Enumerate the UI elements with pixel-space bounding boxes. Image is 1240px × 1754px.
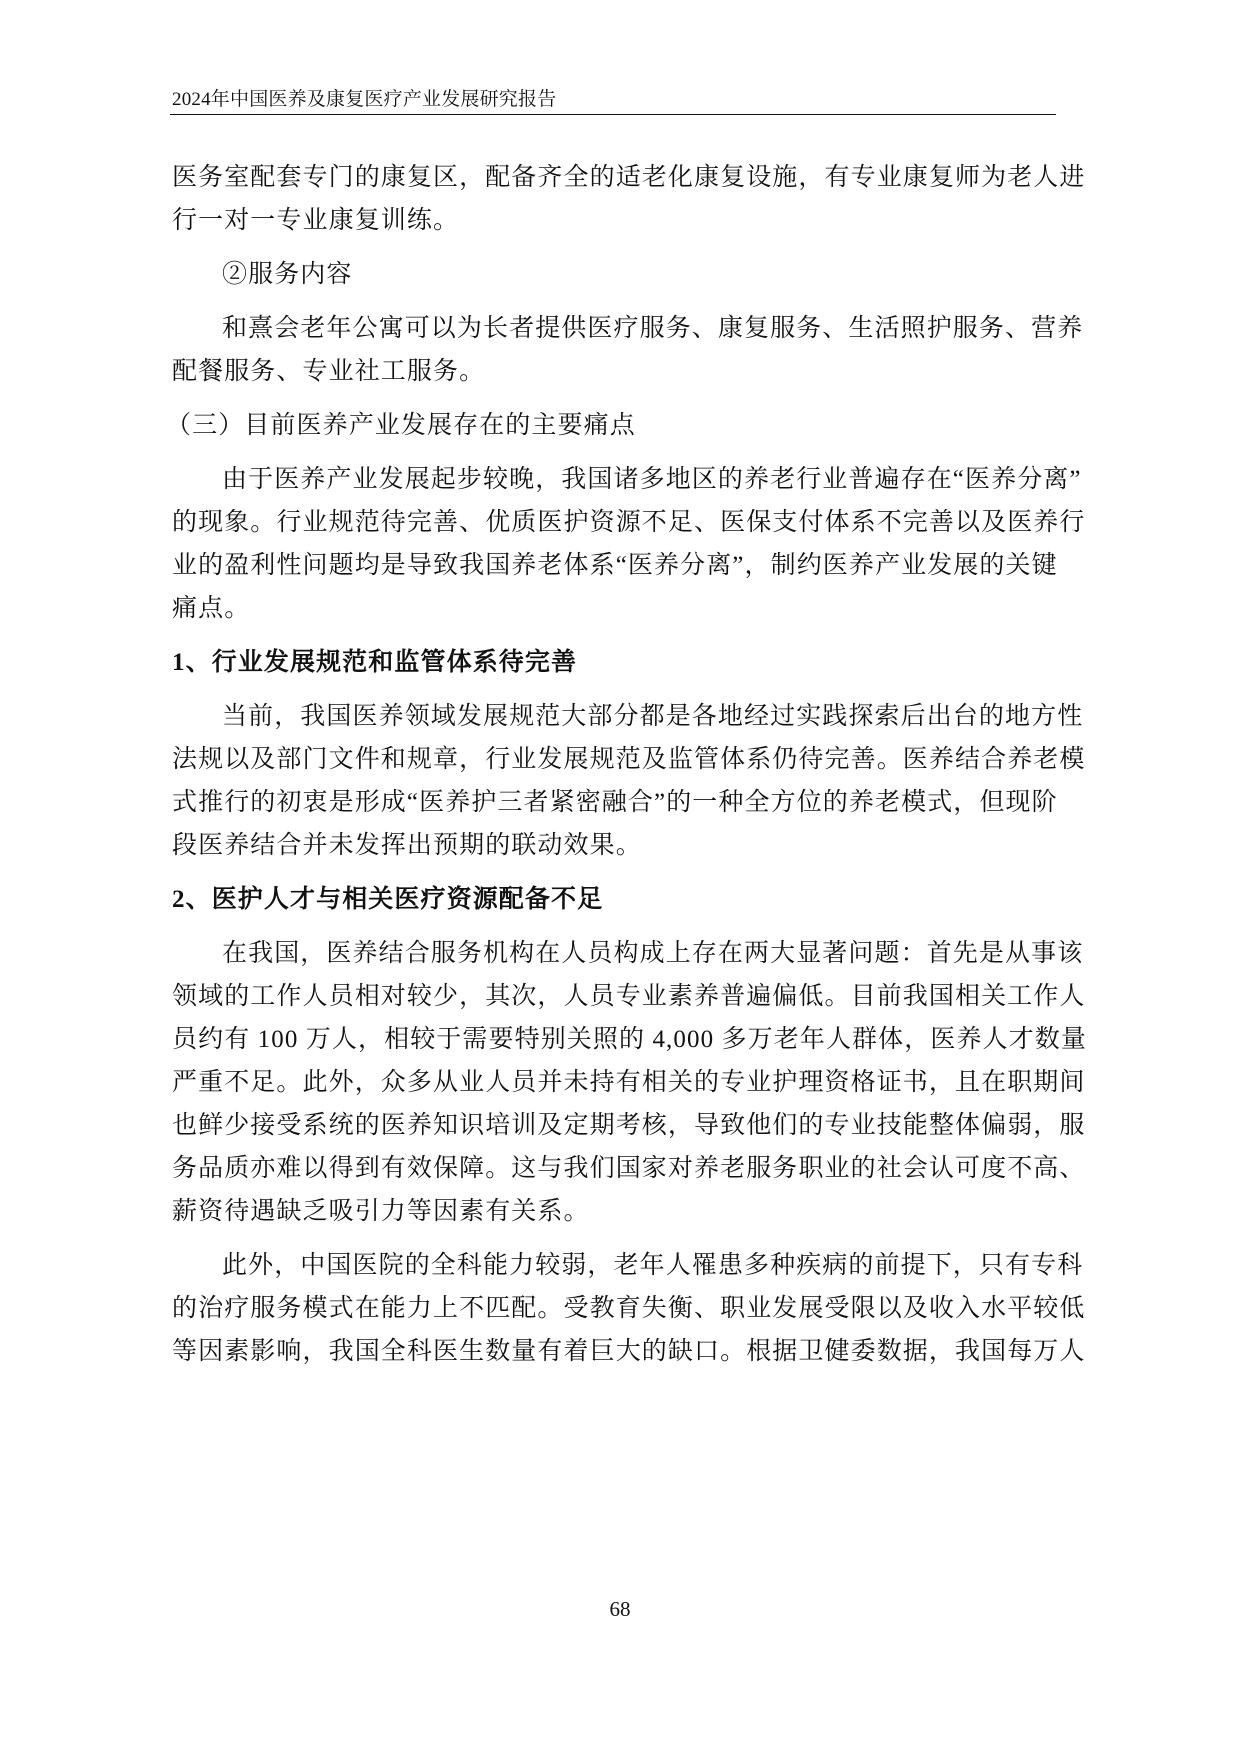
paragraph-line: 薪资待遇缺乏吸引力等因素有关系。 bbox=[172, 1190, 1056, 1233]
paragraph-line: 配餐服务、专业社工服务。 bbox=[172, 350, 1056, 393]
paragraph-line: 业的盈利性问题均是导致我国养老体系“医养分离”，制约医养产业发展的关键 bbox=[172, 544, 1056, 587]
paragraph-line: 严重不足。此外，众多从业人员并未持有相关的专业护理资格证书，且在职期间 bbox=[172, 1061, 1056, 1104]
page-number: 68 bbox=[0, 1596, 1240, 1622]
paragraph-line: 在我国，医养结合服务机构在人员构成上存在两大显著问题：首先是从事该 bbox=[172, 932, 1056, 975]
paragraph-line: 段医养结合并未发挥出预期的联动效果。 bbox=[172, 824, 1056, 867]
paragraph-line: 由于医养产业发展起步较晚，我国诸多地区的养老行业普遍存在“医养分离” bbox=[172, 458, 1056, 501]
paragraph-line: 领域的工作人员相对较少，其次，人员专业素养普遍偏低。目前我国相关工作人 bbox=[172, 975, 1056, 1018]
paragraph-rehab-area: 医务室配套专门的康复区，配备齐全的适老化康复设施，有专业康复师为老人进 行一对一… bbox=[172, 156, 1056, 242]
running-header: 2024年中国医养及康复医疗产业发展研究报告 bbox=[172, 88, 1056, 112]
paragraph-line: 和熹会老年公寓可以为长者提供医疗服务、康复服务、生活照护服务、营养 bbox=[172, 307, 1056, 350]
header-divider bbox=[170, 114, 1056, 115]
heading-medical-staff: 2、医护人才与相关医疗资源配备不足 bbox=[172, 878, 1056, 921]
paragraph-line: 当前，我国医养领域发展规范大部分都是各地经过实践探索后出台的地方性 bbox=[172, 695, 1056, 738]
paragraph-line: 痛点。 bbox=[172, 587, 1056, 630]
section-heading-pain-points: （三）目前医养产业发展存在的主要痛点 bbox=[166, 404, 1056, 447]
subheading-service-content: ②服务内容 bbox=[172, 253, 1056, 296]
paragraph-pain-points-intro: 由于医养产业发展起步较晚，我国诸多地区的养老行业普遍存在“医养分离” 的现象。行… bbox=[172, 458, 1056, 630]
paragraph-line: 式推行的初衷是形成“医养护三者紧密融合”的一种全方位的养老模式，但现阶 bbox=[172, 781, 1056, 824]
paragraph-regulation: 当前，我国医养领域发展规范大部分都是各地经过实践探索后出台的地方性 法规以及部门… bbox=[172, 695, 1056, 867]
paragraph-line: 的治疗服务模式在能力上不匹配。受教育失衡、职业发展受限以及收入水平较低 bbox=[172, 1287, 1056, 1330]
page-body: 医务室配套专门的康复区，配备齐全的适老化康复设施，有专业康复师为老人进 行一对一… bbox=[172, 156, 1056, 1373]
paragraph-medical-staff: 在我国，医养结合服务机构在人员构成上存在两大显著问题：首先是从事该 领域的工作人… bbox=[172, 932, 1056, 1233]
paragraph-line: 行一对一专业康复训练。 bbox=[172, 199, 1056, 242]
paragraph-line: 员约有 100 万人，相较于需要特别关照的 4,000 多万老年人群体，医养人才… bbox=[172, 1018, 1056, 1061]
paragraph-line: 的现象。行业规范待完善、优质医护资源不足、医保支付体系不完善以及医养行 bbox=[172, 501, 1056, 544]
paragraph-line: 医务室配套专门的康复区，配备齐全的适老化康复设施，有专业康复师为老人进 bbox=[172, 156, 1056, 199]
paragraph-general-practice: 此外，中国医院的全科能力较弱，老年人罹患多种疾病的前提下，只有专科 的治疗服务模… bbox=[172, 1244, 1056, 1373]
paragraph-line: 此外，中国医院的全科能力较弱，老年人罹患多种疾病的前提下，只有专科 bbox=[172, 1244, 1056, 1287]
paragraph-services: 和熹会老年公寓可以为长者提供医疗服务、康复服务、生活照护服务、营养 配餐服务、专… bbox=[172, 307, 1056, 393]
paragraph-line: 务品质亦难以得到有效保障。这与我们国家对养老服务职业的社会认可度不高、 bbox=[172, 1147, 1056, 1190]
heading-regulation: 1、行业发展规范和监管体系待完善 bbox=[172, 641, 1056, 684]
paragraph-line: 也鲜少接受系统的医养知识培训及定期考核，导致他们的专业技能整体偏弱，服 bbox=[172, 1104, 1056, 1147]
paragraph-line: 法规以及部门文件和规章，行业发展规范及监管体系仍待完善。医养结合养老模 bbox=[172, 738, 1056, 781]
paragraph-line: 等因素影响，我国全科医生数量有着巨大的缺口。根据卫健委数据，我国每万人 bbox=[172, 1330, 1056, 1373]
